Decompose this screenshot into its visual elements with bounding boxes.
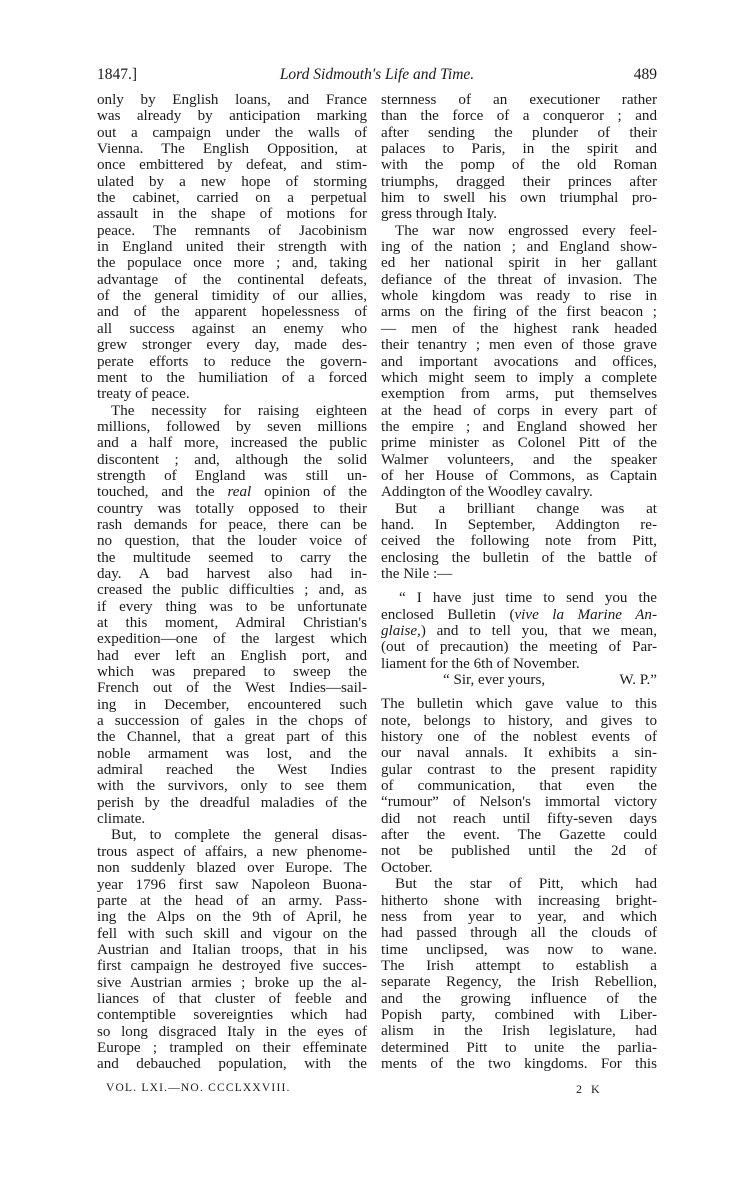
text-line: him to swell his own triumphal pro-	[381, 190, 657, 206]
text-line: country was totally opposed to their	[97, 501, 367, 517]
text-line: “rumour” of Nelson's immortal victory	[381, 794, 657, 810]
quote-line: glaise,) and to tell you, that we mean,	[381, 623, 657, 639]
running-header: 1847.] Lord Sidmouth's Life and Time. 48…	[97, 66, 657, 86]
text-line: peace. The remnants of Jacobinism	[97, 223, 367, 239]
quote-line: “ I have just time to send you the	[381, 590, 657, 606]
text-line: contemptible sovereignties which had	[97, 1007, 367, 1023]
text-line: liances of that cluster of feeble and	[97, 991, 367, 1007]
text-line: trous aspect of affairs, a new phenome-	[97, 844, 367, 860]
text-line: out a campaign under the walls of	[97, 125, 367, 141]
text-line: ing of the nation ; and England show-	[381, 239, 657, 255]
quote-line: liament for the 6th of November.	[381, 656, 657, 672]
quote-line: (out of precaution) the meeting of Par-	[381, 639, 657, 655]
text-line: whole kingdom was ready to rise in	[381, 288, 657, 304]
text-line: treaty of peace.	[97, 386, 367, 402]
paragraph-start: The war now engrossed every feel-	[381, 223, 657, 239]
text-line: noble armament was lost, and the	[97, 746, 367, 762]
text-line: prime minister as Colonel Pitt of the	[381, 435, 657, 451]
text-line: rash demands for peace, there can be	[97, 517, 367, 533]
italic-phrase: vive la Marine An-	[514, 607, 657, 623]
text-line: did not reach until fifty-seven days	[381, 811, 657, 827]
text-line: day. A bad harvest also had in-	[97, 566, 367, 582]
text-line: triumphs, dragged their princes after	[381, 174, 657, 190]
text-fragment: opinion of the	[251, 484, 367, 500]
paragraph-start: The necessity for raising eighteen	[97, 403, 367, 419]
text-line: Walmer volunteers, and the speaker	[381, 452, 657, 468]
text-line: only by English loans, and France	[97, 92, 367, 108]
text-line: not be published until the 2d of	[381, 843, 657, 859]
signature-line: VOL. LXI.—NO. CCCLXXVIII.	[106, 1082, 291, 1094]
text-fragment: touched, and the	[97, 484, 227, 500]
text-line: non suddenly blazed over Europe. The	[97, 860, 367, 876]
text-line: climate.	[97, 811, 367, 827]
text-line: of her House of Commons, as Captain	[381, 468, 657, 484]
text-line: — men of the highest rank headed	[381, 321, 657, 337]
paragraph-start: But the star of Pitt, which had	[381, 876, 657, 892]
text-line: ing the Alps on the 9th of April, he	[97, 909, 367, 925]
text-line: ments of the two kingdoms. For this	[381, 1056, 657, 1072]
text-line: defiance of the threat of invasion. The	[381, 272, 657, 288]
text-line: ed her national spirit in her gallant	[381, 255, 657, 271]
text-line: determined Pitt to unite the parlia-	[381, 1040, 657, 1056]
right-column: sternness of an executioner rather than …	[381, 92, 657, 1072]
text-line: separate Regency, the Irish Rebellion,	[381, 974, 657, 990]
text-line: arms on the firing of the first beacon ;	[381, 304, 657, 320]
text-line: once embittered by defeat, and stim-	[97, 157, 367, 173]
text-line: exemption from arms, put themselves	[381, 386, 657, 402]
text-line: had passed through all the clouds of	[381, 925, 657, 941]
text-line: and the growing influence of the	[381, 991, 657, 1007]
document-page: 1847.] Lord Sidmouth's Life and Time. 48…	[0, 0, 750, 1179]
spacer	[381, 688, 657, 696]
text-line: than the force of a conqueror ; and	[381, 108, 657, 124]
text-line: grew stronger every day, made des-	[97, 337, 367, 353]
text-line: at the head of corps in every part of	[381, 403, 657, 419]
text-line: history one of the noblest events of	[381, 729, 657, 745]
text-line: and a half more, increased the public	[97, 435, 367, 451]
text-line: their tenantry ; men even of those grave	[381, 337, 657, 353]
text-line: sternness of an executioner rather	[381, 92, 657, 108]
text-line: assault in the shape of motions for	[97, 206, 367, 222]
running-title: Lord Sidmouth's Life and Time.	[97, 66, 657, 84]
text-line: Vienna. The English Opposition, at	[97, 141, 367, 157]
spacer	[381, 582, 657, 590]
text-line: strength of England was still un-	[97, 468, 367, 484]
quote-line: enclosed Bulletin (vive la Marine An-	[381, 607, 657, 623]
text-line: our naval annals. It exhibits a sin-	[381, 745, 657, 761]
text-line: if every thing was to be unfortunate	[97, 599, 367, 615]
text-line: ulated by a new hope of storming	[97, 174, 367, 190]
text-line: and of the apparent hopelessness of	[97, 304, 367, 320]
signoff-text: “ Sir, ever yours,	[443, 672, 545, 688]
text-line: which was prepared to sweep the	[97, 664, 367, 680]
text-line: millions, followed by seven millions	[97, 419, 367, 435]
signoff-initials: W. P.”	[619, 672, 657, 688]
text-line: the Nile :—	[381, 566, 657, 582]
text-line: gress through Italy.	[381, 206, 657, 222]
text-line: enclosing the bulletin of the battle of	[381, 550, 657, 566]
text-line: The Irish attempt to establish a	[381, 958, 657, 974]
italic-word: real	[227, 484, 251, 500]
italic-phrase: glaise,	[381, 623, 421, 639]
text-fragment: enclosed Bulletin (	[381, 607, 514, 623]
text-line: with the pomp of the old Roman	[381, 157, 657, 173]
text-line: Austrian and Italian troops, that in his	[97, 942, 367, 958]
text-line: after the event. The Gazette could	[381, 827, 657, 843]
text-line: first campaign he destroyed five succes-	[97, 958, 367, 974]
text-line: perate efforts to reduce the govern-	[97, 354, 367, 370]
text-line: hand. In September, Addington re-	[381, 517, 657, 533]
text-line: ing in December, encountered such	[97, 697, 367, 713]
text-line: year 1796 first saw Napoleon Buona-	[97, 877, 367, 893]
text-line: touched, and the real opinion of the	[97, 484, 367, 500]
text-line: of communication, that even the	[381, 778, 657, 794]
text-line: alism in the Irish legislature, had	[381, 1023, 657, 1039]
text-line: was already by anticipation marking	[97, 108, 367, 124]
text-fragment: ) and to tell you, that we mean,	[421, 623, 657, 639]
text-line: gular contrast to the present rapidity	[381, 762, 657, 778]
text-line: which might seem to imply a complete	[381, 370, 657, 386]
page-number: 489	[634, 66, 657, 84]
text-line: the populace once more ; and, taking	[97, 255, 367, 271]
text-line: so long disgraced Italy in the eyes of	[97, 1024, 367, 1040]
text-line: discontent ; and, although the solid	[97, 452, 367, 468]
text-line: note, belongs to history, and gives to	[381, 713, 657, 729]
quoted-letter: “ I have just time to send you the enclo…	[381, 590, 657, 688]
text-line: all success against an enemy who	[97, 321, 367, 337]
text-line: fell with such skill and vigour on the	[97, 926, 367, 942]
text-line: October.	[381, 860, 657, 876]
text-line: a succession of gales in the chops of	[97, 713, 367, 729]
text-line: expedition—one of the largest which	[97, 631, 367, 647]
text-line: Addington of the Woodley cavalry.	[381, 484, 657, 500]
text-line: parte at the head of an army. Pass-	[97, 893, 367, 909]
text-line: hitherto shone with increasing bright-	[381, 893, 657, 909]
text-line: the multitude seemed to carry the	[97, 550, 367, 566]
text-line: of the general timidity of our allies,	[97, 288, 367, 304]
text-line: The bulletin which gave value to this	[381, 696, 657, 712]
text-line: and important avocations and offices,	[381, 354, 657, 370]
text-line: ment to the humiliation of a forced	[97, 370, 367, 386]
text-line: the cabinet, carried on a perpetual	[97, 190, 367, 206]
text-line: the empire ; and England showed her	[381, 419, 657, 435]
paragraph-start: But a brilliant change was at	[381, 501, 657, 517]
paragraph-start: But, to complete the general disas-	[97, 827, 367, 843]
sheet-mark: 2 K	[576, 1082, 603, 1097]
text-line: in England united their strength with	[97, 239, 367, 255]
text-line: admiral reached the West Indies	[97, 762, 367, 778]
left-column: only by English loans, and France was al…	[97, 92, 367, 1073]
text-line: Europe ; trampled on their effeminate	[97, 1040, 367, 1056]
text-line: ceived the following note from Pitt,	[381, 533, 657, 549]
text-line: with the survivors, only to see them	[97, 778, 367, 794]
text-line: perish by the dreadful maladies of the	[97, 795, 367, 811]
text-line: no question, that the louder voice of	[97, 533, 367, 549]
text-line: palaces to Paris, in the spirit and	[381, 141, 657, 157]
text-line: and debauched population, with the	[97, 1056, 367, 1072]
text-line: sive Austrian armies ; broke up the al-	[97, 975, 367, 991]
text-line: the Channel, that a great part of this	[97, 729, 367, 745]
quote-signoff: “ Sir, ever yours,W. P.”	[381, 672, 657, 688]
text-line: creased the public difficulties ; and, a…	[97, 582, 367, 598]
text-line: advantage of the continental defeats,	[97, 272, 367, 288]
text-line: Popish party, combined with Liber-	[381, 1007, 657, 1023]
text-line: after sending the plunder of their	[381, 125, 657, 141]
text-line: ness from year to year, and which	[381, 909, 657, 925]
text-line: had ever left an English port, and	[97, 648, 367, 664]
text-line: time unclipsed, was now to wane.	[381, 942, 657, 958]
text-line: French out of the West Indies—sail-	[97, 680, 367, 696]
text-line: at this moment, Admiral Christian's	[97, 615, 367, 631]
